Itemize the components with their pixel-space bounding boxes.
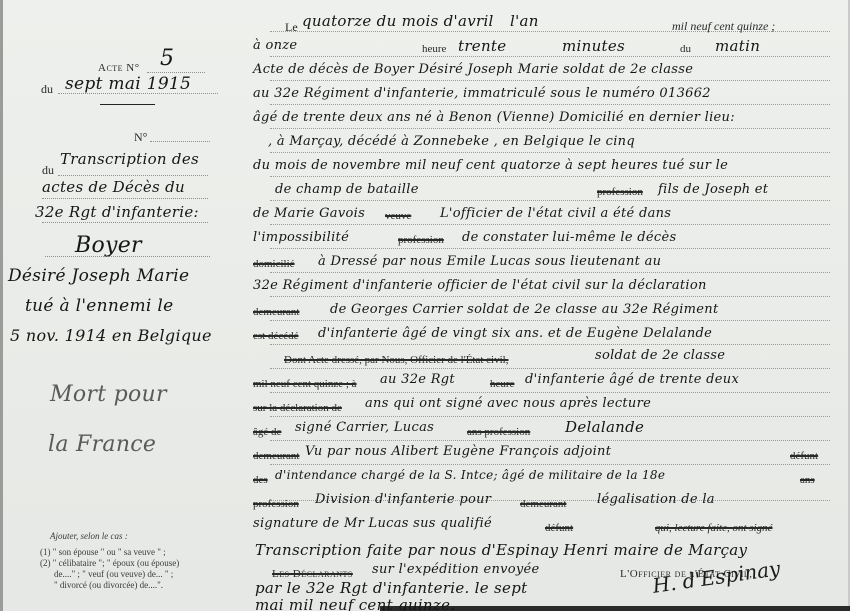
body-line-21b: légalisation de la xyxy=(597,492,715,507)
page-edge-left xyxy=(0,0,3,611)
body-line-18b: Delalande xyxy=(565,418,644,436)
body-line-15: soldat de 2e classe xyxy=(595,348,725,363)
print-demeurant-3: demeurant xyxy=(520,498,566,510)
ruled-line xyxy=(270,200,830,201)
document-page: Acte N° 5 du sept mai 1915 N° du Transcr… xyxy=(0,0,850,611)
body-line-14: d'infanterie âgé de vingt six ans. et de… xyxy=(318,326,712,341)
acte-number: 5 xyxy=(160,46,174,71)
hw-day-month: quatorze du mois d'avril xyxy=(302,12,494,30)
print-est-decede: est décédé xyxy=(253,330,299,342)
body-line-20: d'intendance chargé de la S. Intce; âgé … xyxy=(275,468,665,482)
transcription-line-d: mai mil neuf cent quinze. xyxy=(255,596,455,611)
cause-line-1: tué à l'ennemi le xyxy=(25,296,173,316)
hw-matin: matin xyxy=(715,37,760,55)
body-line-3: Acte de décès de Boyer Désiré Joseph Mar… xyxy=(253,62,693,77)
ruled-line xyxy=(270,176,830,177)
ruled-line xyxy=(270,464,830,465)
ruled-line xyxy=(270,368,830,369)
date-label: du xyxy=(41,82,53,97)
body-line-17: ans qui ont signé avec nous après lectur… xyxy=(365,396,651,411)
transcription-line-3: 32e Rgt d'infanterie: xyxy=(35,203,199,221)
ruled-line xyxy=(270,104,830,105)
print-demeurant-2: demeurant xyxy=(253,450,299,462)
body-line-16: au 32e Rgt xyxy=(380,372,455,387)
footnotes: Ajouter, selon le cas : (1) " son épouse… xyxy=(40,531,179,591)
margin-line xyxy=(58,175,208,176)
body-line-16b: d'infanterie âgé de trente deux xyxy=(525,372,739,387)
du-label: du xyxy=(42,163,54,178)
body-line-11: à Dressé par nous Emile Lucas sous lieut… xyxy=(318,254,661,269)
body-line-21: Division d'infanterie pour xyxy=(315,492,491,507)
ruled-line xyxy=(270,152,830,153)
ruled-line xyxy=(270,272,830,273)
print-ans-profession: ans profession xyxy=(467,426,530,438)
margin-line xyxy=(42,222,208,223)
print-year: mil neuf cent quinze ; xyxy=(672,19,775,34)
acte-label: Acte N° xyxy=(98,62,140,74)
acte-number-line xyxy=(147,72,205,73)
body-line-13: de Georges Carrier soldat de 2e classe a… xyxy=(330,302,719,317)
print-lecture-faite: qui, lecture faite, ont signé xyxy=(655,522,773,534)
transcription-line-2: actes de Décès du xyxy=(42,178,185,196)
body-line-8a: de champ de bataille xyxy=(275,182,419,197)
print-heure: heure xyxy=(422,43,446,55)
print-mil-neuf: mil neuf cent quinze ; à xyxy=(253,378,357,390)
footnote-2-cont: de...." ; " veuf (ou veuve) de... " ; xyxy=(40,569,179,580)
no-label: N° xyxy=(134,130,147,145)
footnotes-title: Ajouter, selon le cas : xyxy=(50,531,179,542)
print-domicilie: domicilié xyxy=(253,258,295,270)
ruled-line xyxy=(270,344,830,345)
print-profession: profession xyxy=(597,186,643,198)
surname: Boyer xyxy=(75,233,142,258)
body-line-22: signature de Mr Lucas sus qualifié xyxy=(253,516,492,531)
ruled-line xyxy=(270,224,830,225)
given-names: Désiré Joseph Marie xyxy=(8,266,189,286)
transcription-line-a: Transcription faite par nous d'Espinay H… xyxy=(255,541,747,559)
footnote-2: (2) " célibataire "; " époux (ou épouse) xyxy=(40,558,179,569)
ruled-line xyxy=(270,416,830,417)
print-heure-2: heure xyxy=(490,378,514,390)
acte-date: sept mai 1915 xyxy=(65,74,191,94)
print-le: Le xyxy=(285,20,298,35)
footnote-1: (1) " son épouse " ou " sa veuve " ; xyxy=(40,547,179,558)
transcription-line-c: par le 32e Rgt d'infanterie. le sept xyxy=(255,579,527,597)
body-line-18: signé Carrier, Lucas xyxy=(295,420,434,435)
print-ans: ans xyxy=(800,474,815,486)
margin-line xyxy=(45,256,210,257)
print-demeurant: demeurant xyxy=(253,306,299,318)
body-line-6: , à Marçay, décédé à Zonnebeke , en Belg… xyxy=(268,134,635,149)
body-line-9a: de Marie Gavois xyxy=(253,206,365,221)
body-line-12: 32e Régiment d'infanterie officier de l'… xyxy=(253,278,707,293)
hw-hour: à onze xyxy=(253,38,297,53)
print-defunt-2: défunt xyxy=(545,522,573,534)
print-dont-acte: Dont Acte dressé, par Nous, Officier de … xyxy=(284,354,508,366)
body-line-5: âgé de trente deux ans né à Benon (Vienn… xyxy=(253,110,735,125)
mention-line-1: Mort pour xyxy=(50,382,167,407)
hw-minutes: minutes xyxy=(562,37,625,55)
body-line-9b: L'officier de l'état civil a été dans xyxy=(440,206,671,221)
print-du: du xyxy=(680,43,691,55)
ruled-line xyxy=(270,248,830,249)
hw-trente: trente xyxy=(458,37,506,55)
hw-lan: l'an xyxy=(510,12,539,30)
ruled-line xyxy=(270,80,830,81)
mention-line-2: la France xyxy=(48,432,156,457)
ruled-line xyxy=(270,440,830,441)
ruled-line xyxy=(270,392,830,393)
transcription-line-b: sur l'expédition envoyée xyxy=(372,562,540,577)
cause-line-2: 5 nov. 1914 en Belgique xyxy=(10,326,212,345)
print-defunt: défunt xyxy=(790,450,818,462)
body-line-10b: de constater lui-même le décès xyxy=(462,230,676,245)
print-profession-2: profession xyxy=(398,234,444,246)
body-line-7: du mois de novembre mil neuf cent quator… xyxy=(253,158,728,173)
print-age-de: âgé de xyxy=(253,426,281,438)
print-veuve: veuve xyxy=(385,210,411,222)
ruled-line xyxy=(270,128,830,129)
transcription-line-1: Transcription des xyxy=(60,150,199,168)
ruled-line xyxy=(270,56,830,57)
footnote-2-cont2: " divorcé (ou divorcée) de....". xyxy=(40,580,179,591)
margin-line xyxy=(42,198,208,199)
ruled-line xyxy=(270,296,830,297)
date-underline xyxy=(100,104,155,105)
ruled-line xyxy=(270,320,830,321)
no-line xyxy=(150,141,210,142)
body-line-4: au 32e Régiment d'infanterie, immatricul… xyxy=(253,86,711,101)
print-declaration: sur la déclaration de xyxy=(253,402,342,414)
print-des: des xyxy=(253,474,268,486)
body-line-10a: l'impossibilité xyxy=(253,230,349,245)
officer-signature: H. d'Espinay xyxy=(651,556,782,598)
body-line-8b: fils de Joseph et xyxy=(658,182,768,197)
body-line-19: Vu par nous Alibert Eugène François adjo… xyxy=(305,444,611,459)
print-profession-3: profession xyxy=(253,498,299,510)
